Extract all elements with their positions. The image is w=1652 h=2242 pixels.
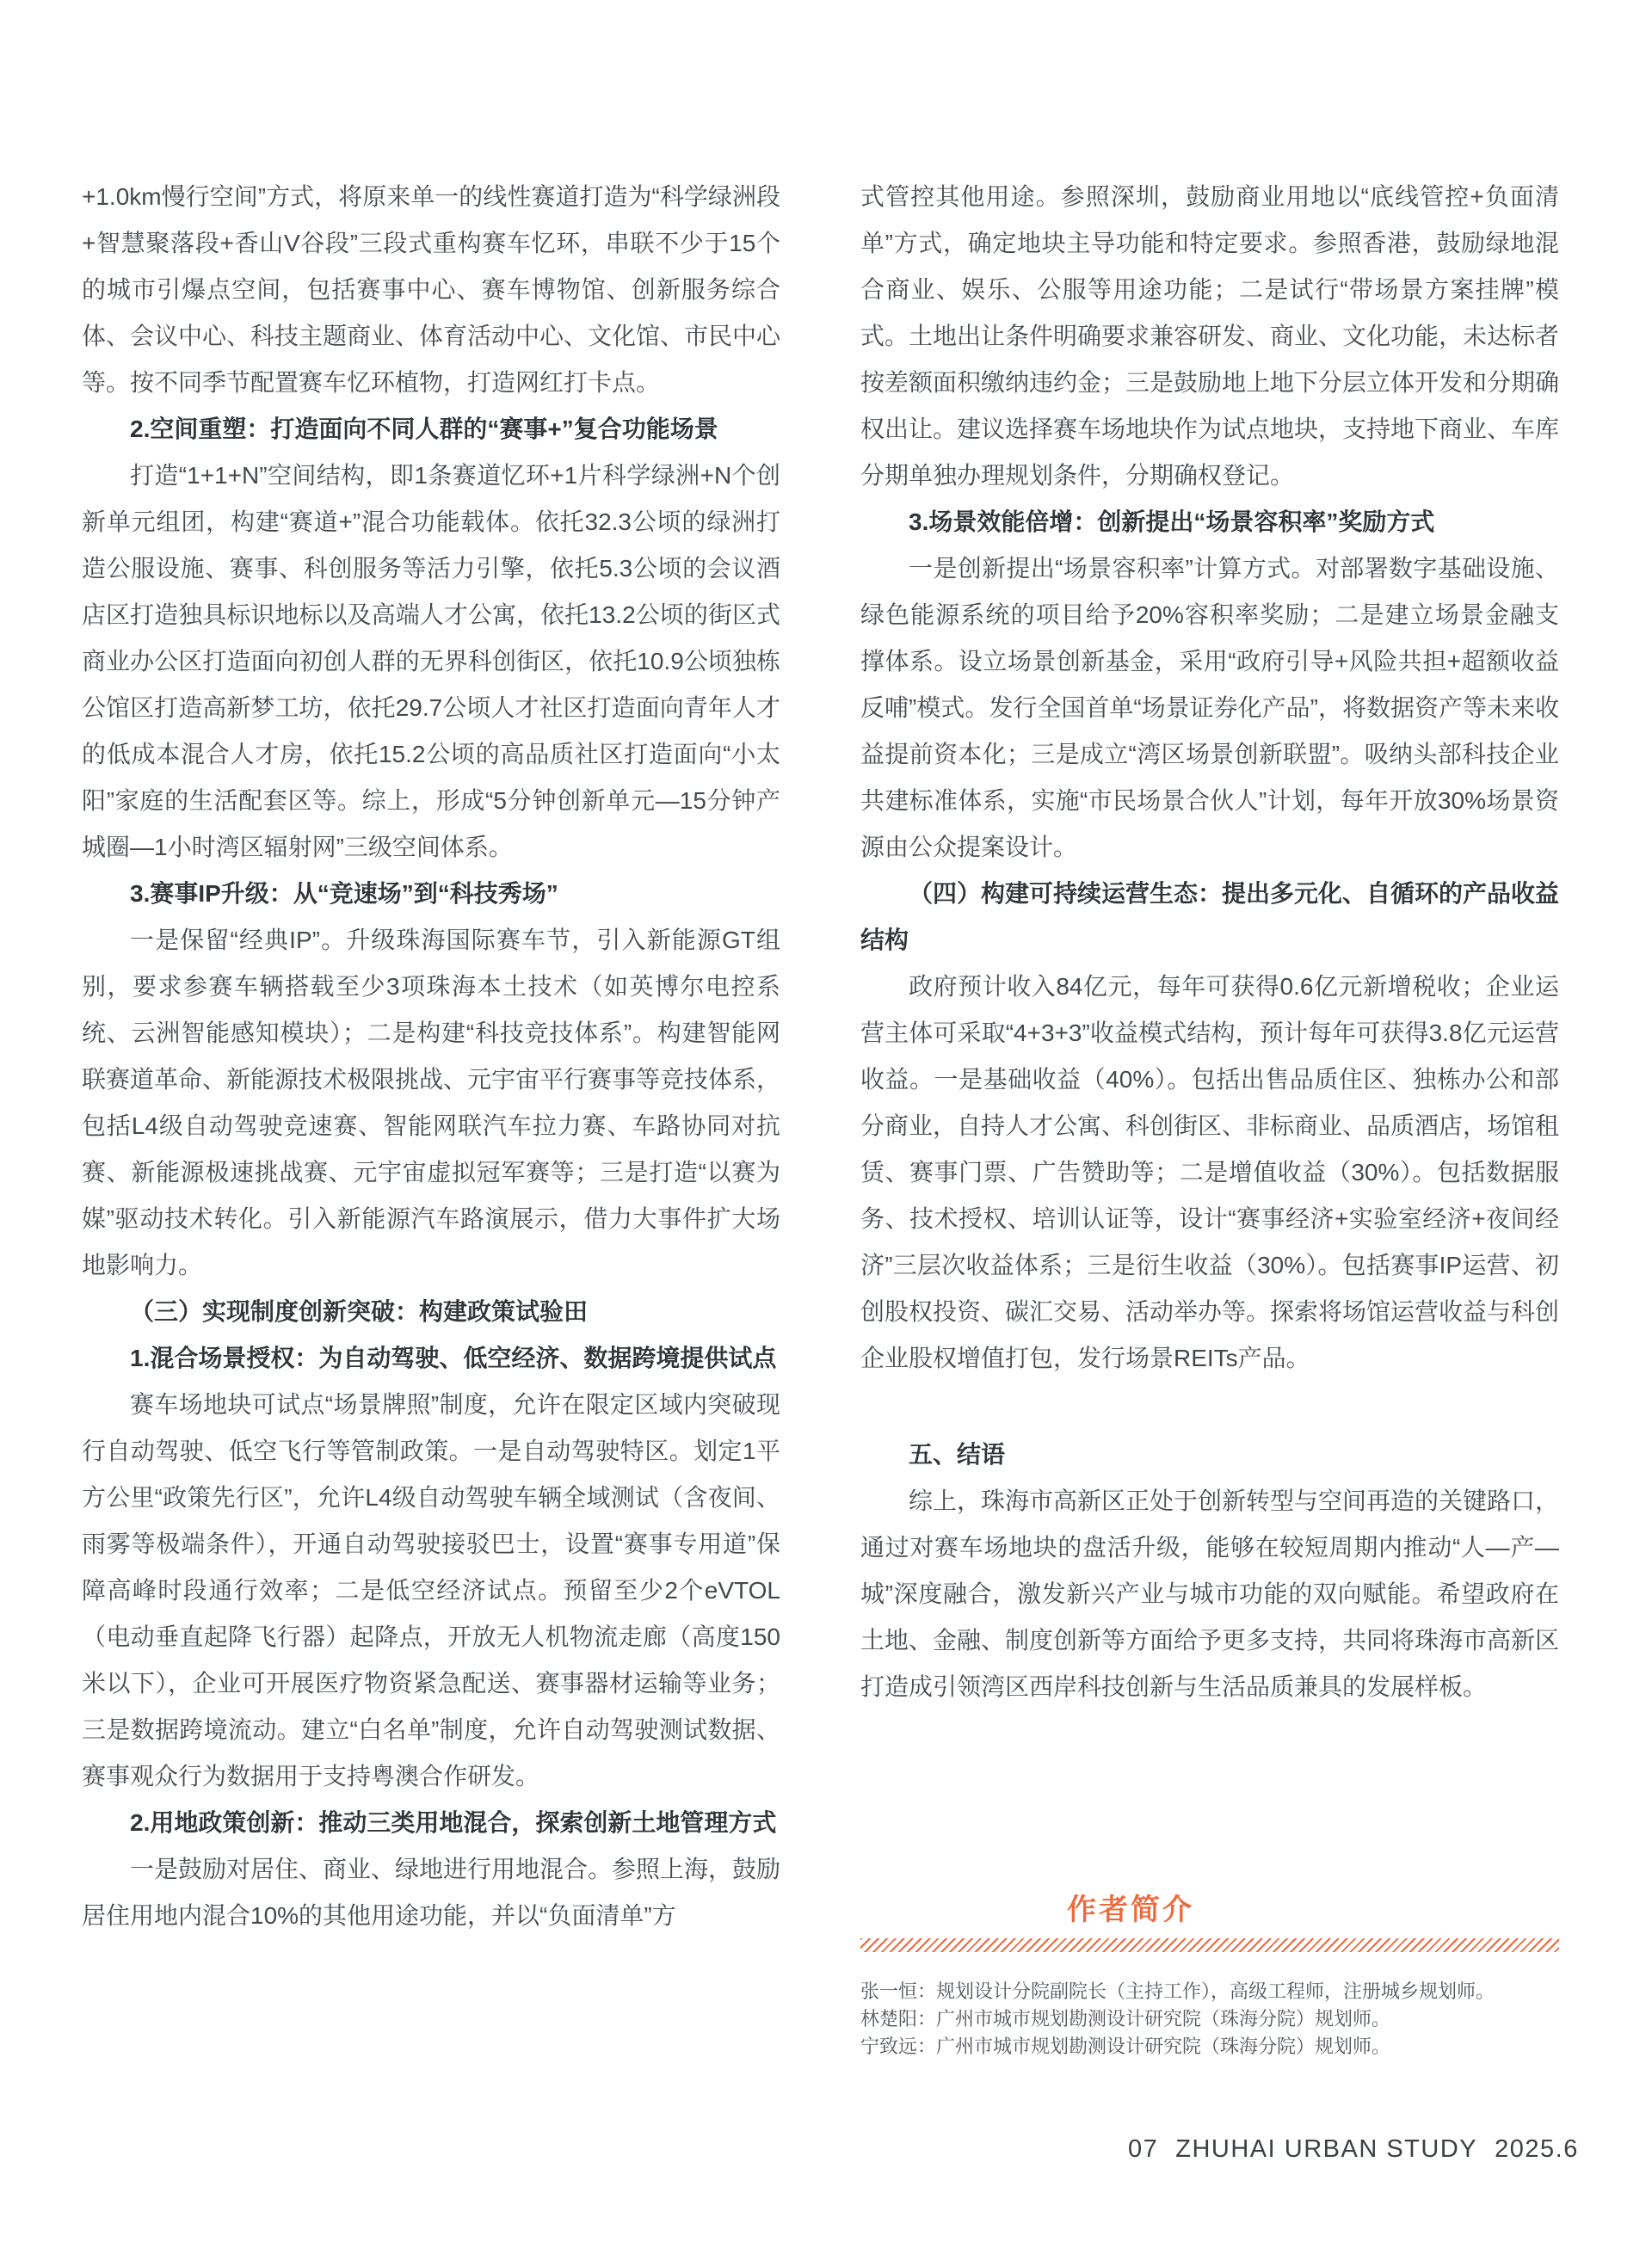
subheading-institutional-innovation: （三）实现制度创新突破：构建政策试验田 <box>82 1289 780 1335</box>
right-text-column: 式管控其他用途。参照深圳，鼓励商业用地以“底线管控+负面清单”方式，确定地块主导… <box>860 174 1559 1710</box>
subheading-event-ip-upgrade: 3.赛事IP升级：从“竞速场”到“科技秀场” <box>82 871 780 917</box>
journal-article-page: +1.0km慢行空间”方式，将原来单一的线性赛道打造为“科学绿洲段+智慧聚落段+… <box>0 0 1652 2242</box>
author-section-title: 作者简介 <box>1067 1886 1194 1928</box>
subheading-land-policy-innovation: 2.用地政策创新：推动三类用地混合，探索创新土地管理方式 <box>82 1800 780 1846</box>
author-bio: 张一恒：规划设计分院副院长（主持工作），高级工程师，注册城乡规划师。 <box>860 1978 1559 2005</box>
paragraph: 式管控其他用途。参照深圳，鼓励商业用地以“底线管控+负面清单”方式，确定地块主导… <box>860 174 1559 499</box>
journal-name: ZHUHAI URBAN STUDY <box>1175 2135 1477 2163</box>
paragraph: 综上，珠海市高新区正处于创新转型与空间再造的关键路口，通过对赛车场地块的盘活升级… <box>860 1478 1559 1710</box>
paragraph: +1.0km慢行空间”方式，将原来单一的线性赛道打造为“科学绿洲段+智慧聚落段+… <box>82 174 780 406</box>
paragraph: 赛车场地块可试点“场景牌照”制度，允许在限定区域内突破现行自动驾驶、低空飞行等管… <box>82 1382 780 1800</box>
paragraph: 一是保留“经典IP”。升级珠海国际赛车节，引入新能源GT组别，要求参赛车辆搭载至… <box>82 917 780 1289</box>
author-bio: 宁致远：广州市城市规划勘测设计研究院（珠海分院）规划师。 <box>860 2033 1559 2060</box>
subheading-mixed-scene-authorization: 1.混合场景授权：为自动驾驶、低空经济、数据跨境提供试点 <box>82 1335 780 1382</box>
subheading-scene-efficiency: 3.场景效能倍增：创新提出“场景容积率”奖励方式 <box>860 499 1559 545</box>
subheading-space-reshape: 2.空间重塑：打造面向不同人群的“赛事+”复合功能场景 <box>82 406 780 453</box>
author-info-section: 作者简介 张一恒：规划设计分院副院长（主持工作），高级工程师，注册城乡规划师。 … <box>860 1886 1559 2060</box>
section-heading-conclusion: 五、结语 <box>860 1432 1559 1478</box>
page-footer: 07ZHUHAI URBAN STUDY2025.6 <box>1128 2135 1579 2164</box>
author-list: 张一恒：规划设计分院副院长（主持工作），高级工程师，注册城乡规划师。 林楚阳：广… <box>860 1978 1559 2060</box>
paragraph: 政府预计收入84亿元，每年可获得0.6亿元新增税收；企业运营主体可采取“4+3+… <box>860 964 1559 1382</box>
left-text-column: +1.0km慢行空间”方式，将原来单一的线性赛道打造为“科学绿洲段+智慧聚落段+… <box>82 174 780 1939</box>
paragraph: 一是鼓励对居住、商业、绿地进行用地混合。参照上海，鼓励居住用地内混合10%的其他… <box>82 1846 780 1939</box>
paragraph: 打造“1+1+N”空间结构，即1条赛道忆环+1片科学绿洲+N个创新单元组团，构建… <box>82 453 780 871</box>
author-divider-hatch <box>860 1938 1559 1952</box>
author-bio: 林楚阳：广州市城市规划勘测设计研究院（珠海分院）规划师。 <box>860 2005 1559 2033</box>
page-number: 07 <box>1128 2135 1158 2163</box>
paragraph: 一是创新提出“场景容积率”计算方式。对部署数字基础设施、绿色能源系统的项目给予2… <box>860 545 1559 871</box>
issue-number: 2025.6 <box>1495 2135 1579 2163</box>
subheading-sustainable-operation: （四）构建可持续运营生态：提出多元化、自循环的产品收益结构 <box>860 871 1559 964</box>
